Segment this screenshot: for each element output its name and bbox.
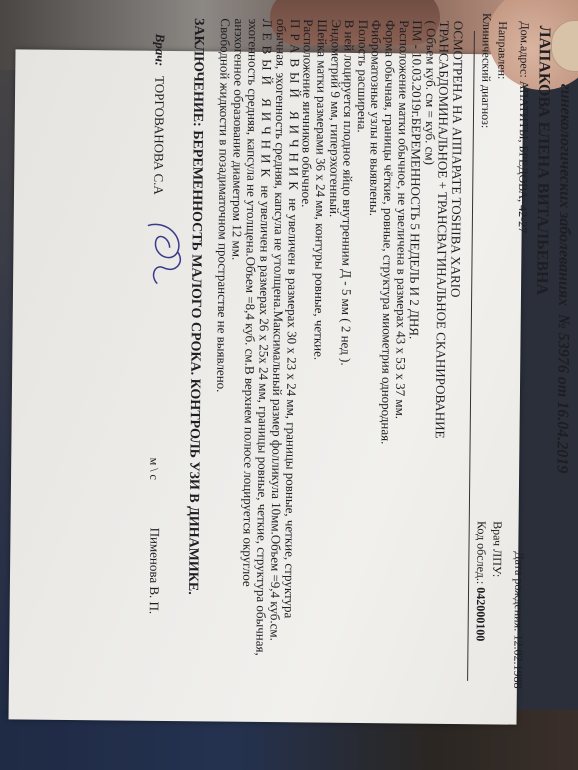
report-line: ( Объем куб. см = куб. см) xyxy=(423,20,438,165)
free-fluid: Свободной жидкости в позадиматочном прос… xyxy=(215,18,233,392)
referred-label: Направлен: xyxy=(495,21,509,79)
doctor-name: ТОРГОВАНОВА С.А xyxy=(151,76,167,195)
birth-date: Дата рождения: 12.02.1988 xyxy=(510,551,525,688)
doctor-lpu-label: Врач ЛПУ: xyxy=(490,521,504,577)
address: Дом.адрес: АПАТИТЫ, БРЕДОВА, 42-27 xyxy=(515,21,531,233)
address-label: Дом.адрес: xyxy=(517,21,532,77)
patient-name: ЛАПАКОВА ЕЛЕНА ВИТАЛЬЕВНА xyxy=(535,26,551,296)
birth-label: Дата рождения: xyxy=(512,551,527,631)
conclusion: ЗАКЛЮЧЕНИЕ: БЕРЕМЕННОСТЬ МАЛОГО СРОКА. К… xyxy=(185,18,205,595)
exam-code-label: Код обслед.: xyxy=(474,521,489,584)
ultrasound-report: гинекологических заболеваниях № 53976 от… xyxy=(7,16,575,762)
address-value: АПАТИТЫ, БРЕДОВА, 42-27 xyxy=(516,81,532,234)
doctor-signature-line: Врач: ТОРГОВАНОВА С.А xyxy=(152,34,167,195)
report-line: Полость расширена. xyxy=(355,20,370,133)
exam-code: Код обслед.: 042000100 xyxy=(473,521,488,641)
clinical-diagnosis-label: Клинический диагноз: xyxy=(478,13,493,128)
left-ovary-label: ЛЕВЫЙ ЯИЧНИК xyxy=(258,19,275,183)
title-text: гинекологических заболеваниях xyxy=(555,84,574,306)
handwritten-signature xyxy=(137,217,188,288)
birth-value: 12.02.1988 xyxy=(511,634,526,688)
exam-code-value: 042000100 xyxy=(474,587,489,641)
nurse-name: Пименова В. П. xyxy=(147,528,161,615)
record-number: № 53976 от 16.04.2019 xyxy=(553,314,572,473)
nurse-label: м \ с xyxy=(147,458,161,480)
report-title: гинекологических заболеваниях № 53976 от… xyxy=(555,84,573,474)
doctor-label: Врач: xyxy=(153,34,168,67)
